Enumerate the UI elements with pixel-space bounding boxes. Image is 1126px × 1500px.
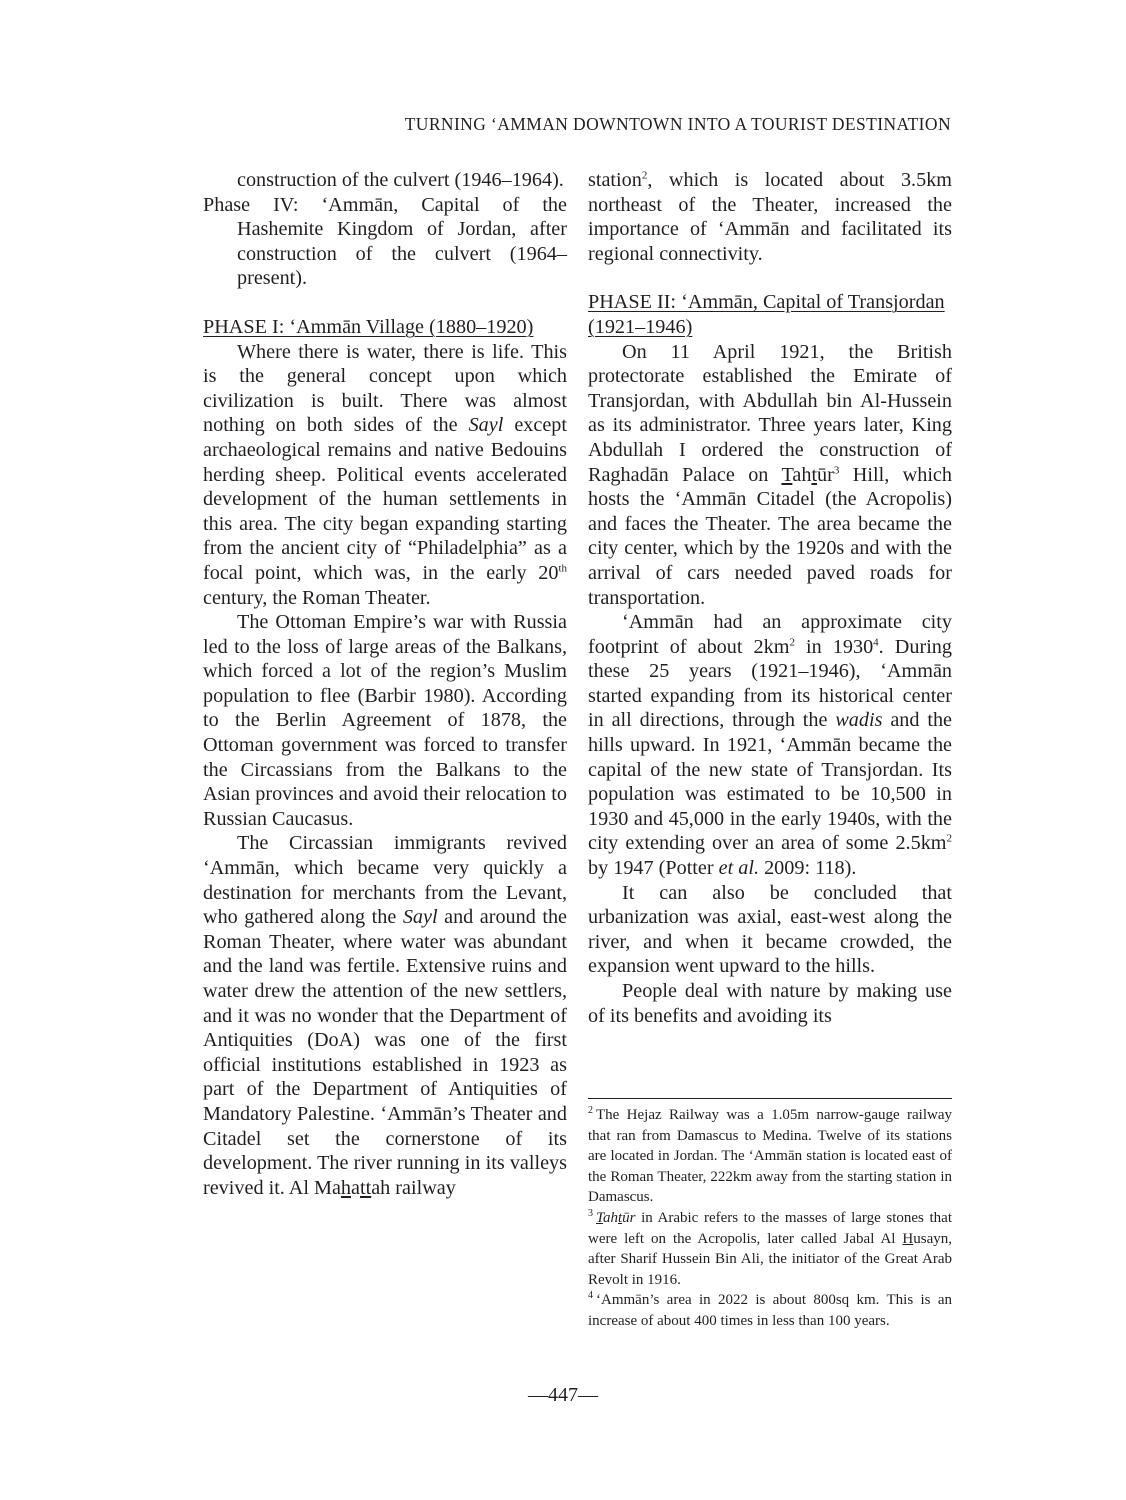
paragraph: station2, which is located about 3.5km n…: [588, 168, 952, 266]
section-heading-phase-2: PHASE II: ‘Ammān, Capital of Transjordan…: [588, 290, 952, 339]
running-head: TURNING ‘AMMAN DOWNTOWN INTO A TOURIST D…: [360, 114, 951, 135]
paragraph: ‘Ammān had an approximate city footprint…: [588, 610, 952, 881]
footnote: 3Tahtūr in Arabic refers to the masses o…: [588, 1208, 952, 1290]
phase-iv-item: Phase IV: ‘Ammān, Capital of the Hashemi…: [203, 193, 567, 291]
paragraph: Where there is water, there is life. Thi…: [203, 340, 567, 611]
footnote: 2The Hejaz Railway was a 1.05m narrow-ga…: [588, 1105, 952, 1208]
left-column: construction of the culvert (1946–1964).…: [203, 168, 567, 1200]
paragraph: The Ottoman Empire’s war with Russia led…: [203, 610, 567, 831]
paragraph: The Circassian immigrants revived ‘Ammān…: [203, 831, 567, 1200]
right-column: station2, which is located about 3.5km n…: [588, 168, 952, 1028]
page-number: —447—: [0, 1384, 1126, 1407]
paragraph: It can also be concluded that urbanizati…: [588, 881, 952, 979]
footnote: 4‘Ammān’s area in 2022 is about 800sq km…: [588, 1290, 952, 1331]
paragraph: People deal with nature by making use of…: [588, 979, 952, 1028]
phase-list-continuation: construction of the culvert (1946–1964).: [203, 168, 567, 193]
section-heading-phase-1: PHASE I: ‘Ammān Village (1880–1920): [203, 315, 567, 340]
paragraph: On 11 April 1921, the British protectora…: [588, 340, 952, 611]
footnotes: 2The Hejaz Railway was a 1.05m narrow-ga…: [588, 1098, 952, 1332]
